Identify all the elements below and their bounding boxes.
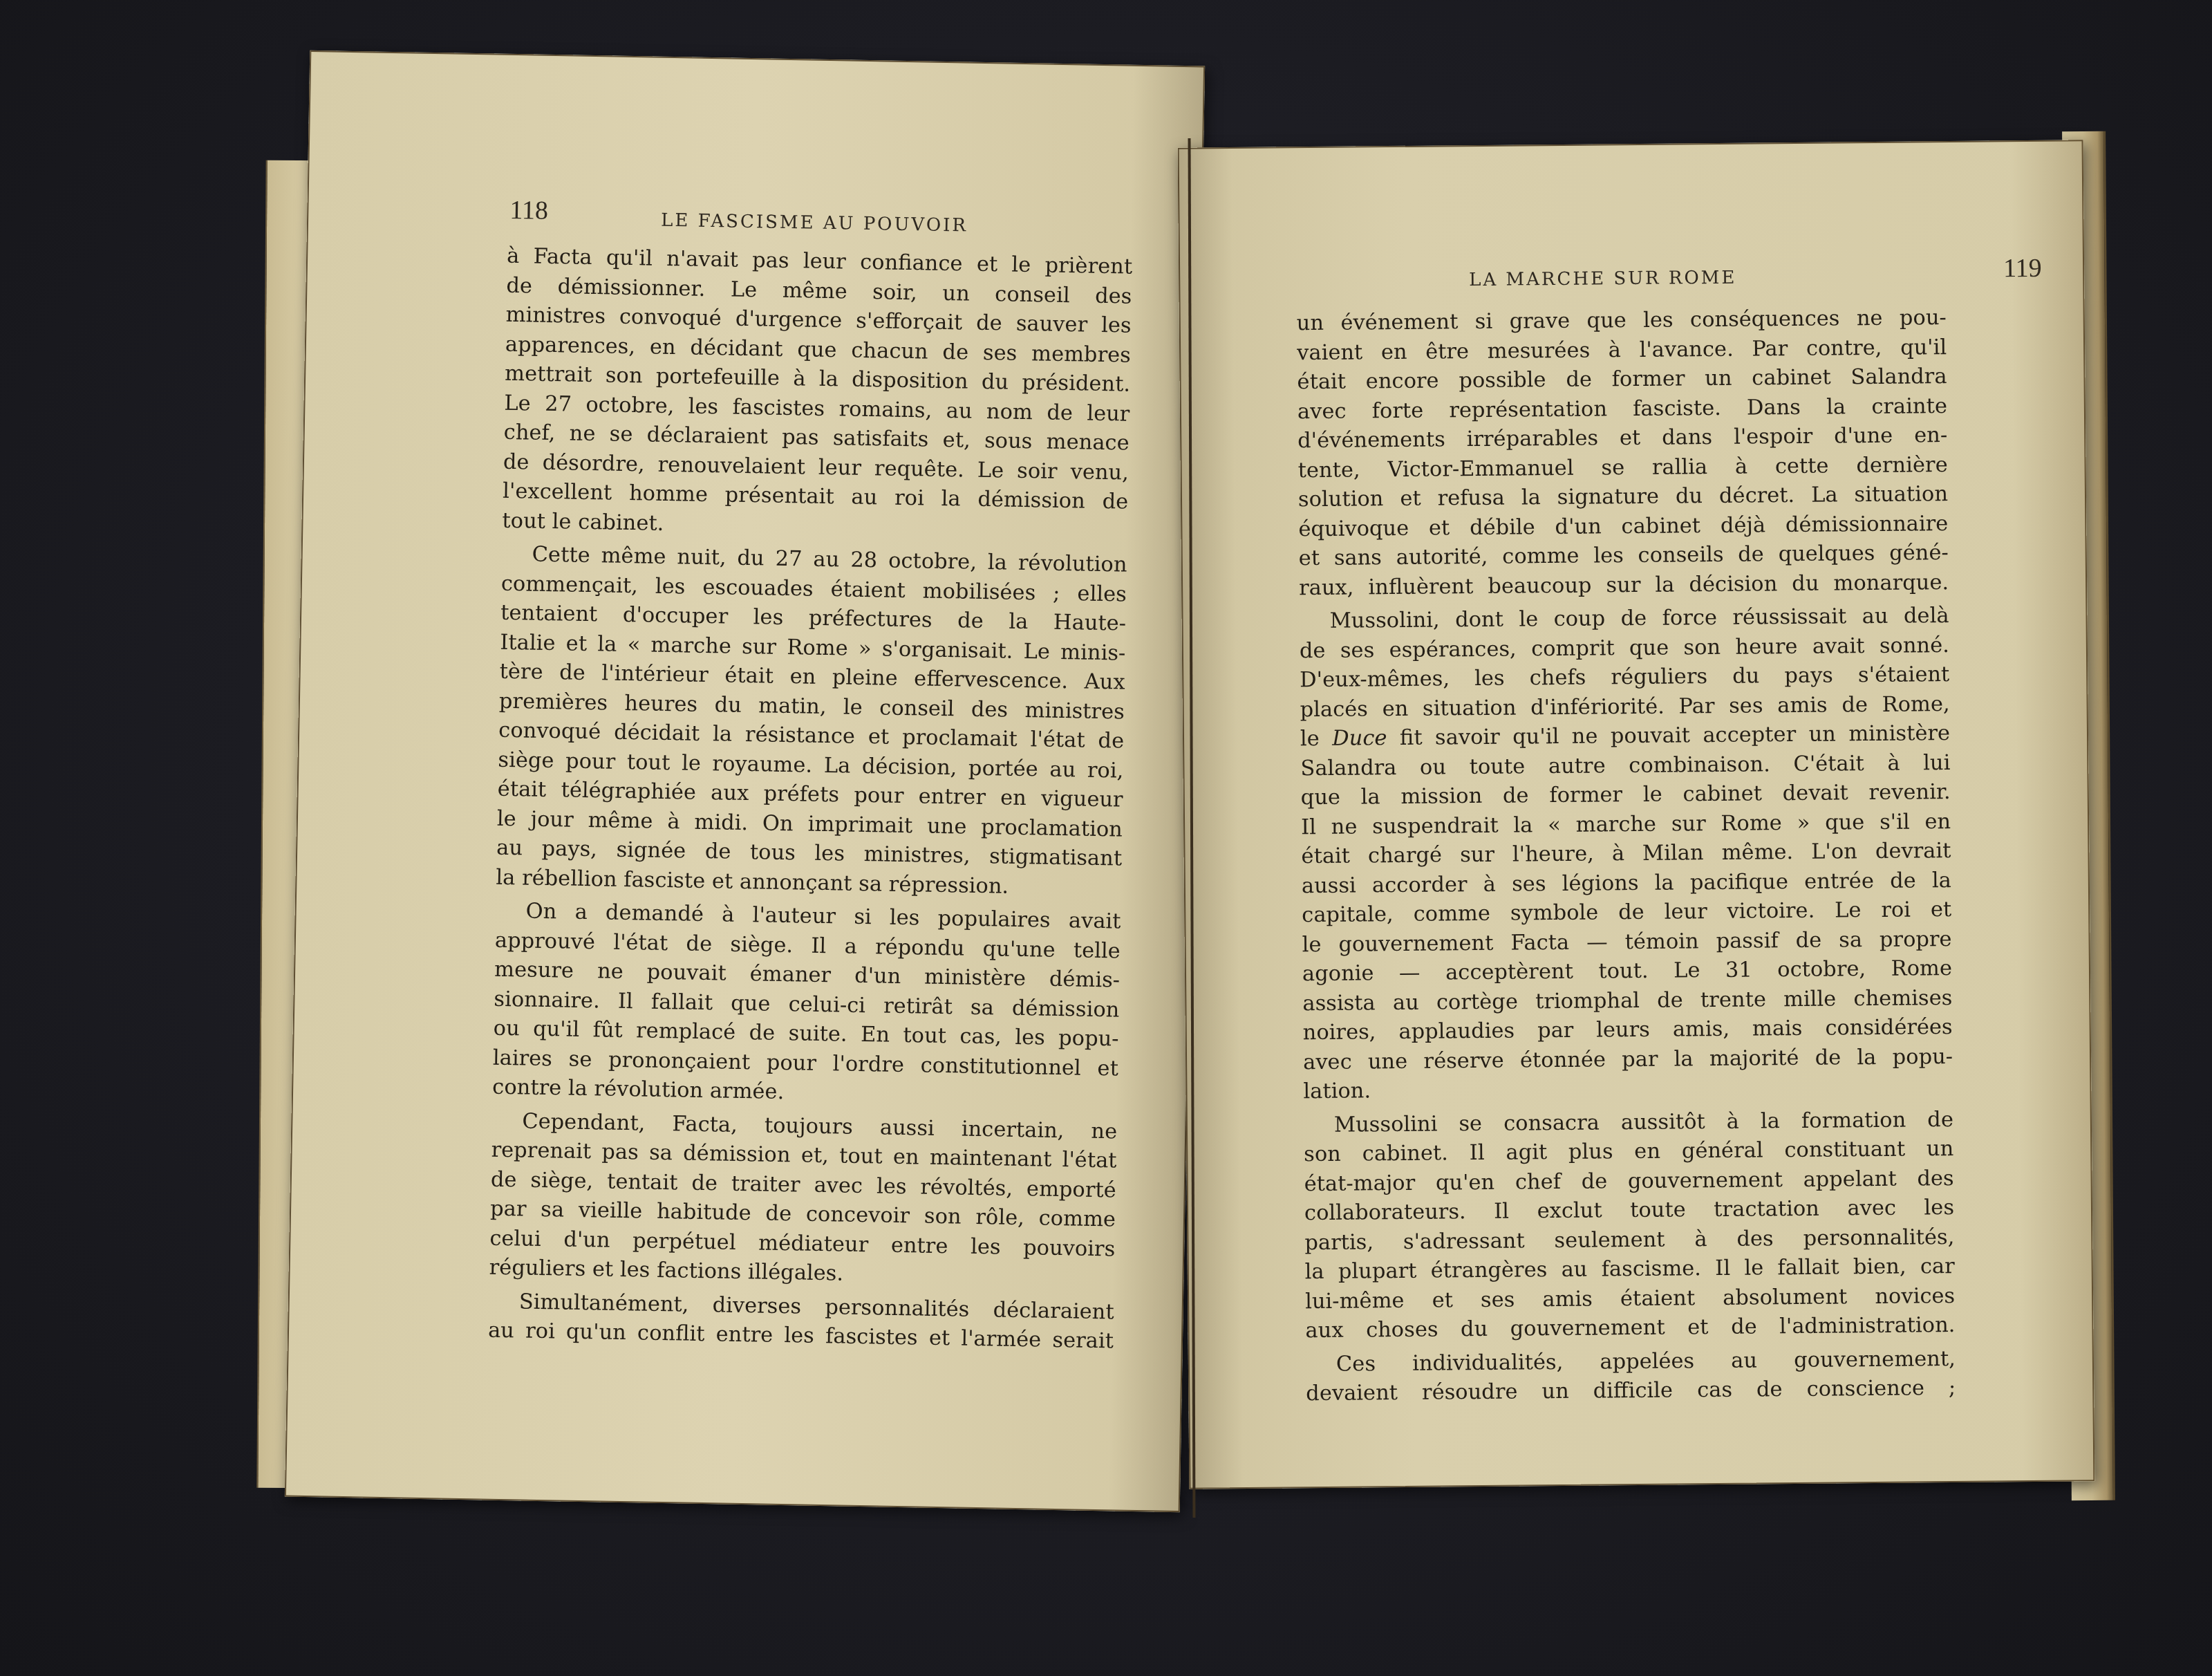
left-page-body-text: à Facta qu'il n'avait pas leur confiance… <box>488 242 1133 1357</box>
text-line: collaborateurs. Il exclut toute tractati… <box>1304 1193 1954 1229</box>
text-line: D'eux-mêmes, les chefs réguliers du pays… <box>1300 660 1949 696</box>
text-line: son cabinet. Il agit plus en général con… <box>1304 1135 1953 1170</box>
text-line: la plupart étrangères au fascisme. Il le… <box>1305 1252 1955 1287</box>
text-line: agonie — acceptèrent tout. Le 31 octobre… <box>1302 954 1952 989</box>
text-line: un événement si grave que les conséquenc… <box>1297 304 1947 339</box>
text-line: noires, applaudies par leurs amis, mais … <box>1303 1013 1953 1048</box>
text-line: raux, influèrent beaucoup sur la décisio… <box>1299 568 1949 604</box>
italic-word: Duce <box>1332 726 1387 751</box>
text-line: d'événements irréparables et dans l'espo… <box>1297 421 1947 456</box>
page-number-left: 118 <box>509 195 548 226</box>
running-head-right: LA MARCHE SUR ROME <box>1469 268 1736 290</box>
text-line: aux choses du gouvernement et de l'admin… <box>1305 1311 1955 1346</box>
text-line: que la mission de former le cabinet deva… <box>1301 778 1951 813</box>
right-page-body-text: un événement si grave que les conséquenc… <box>1297 304 1956 1409</box>
text-line: était chargé sur l'heure, à Milan même. … <box>1301 837 1951 872</box>
page-number-right: 119 <box>2003 253 2042 283</box>
text-line: avec une réserve étonnée par la majorité… <box>1303 1043 1953 1078</box>
left-page: 118 LE FASCISME AU POUVOIR à Facta qu'il… <box>285 50 1205 1512</box>
text-line: solution et refusa la signature du décre… <box>1298 480 1948 515</box>
text-line: le Duce fit savoir qu'il ne pouvait acce… <box>1300 719 1950 754</box>
text-line: Mussolini, dont le coup de force réussis… <box>1299 602 1949 637</box>
running-head-left: LE FASCISME AU POUVOIR <box>661 210 968 236</box>
text-line: était encore possible de former un cabin… <box>1297 362 1947 398</box>
right-page: LA MARCHE SUR ROME 119 un événement si g… <box>1178 140 2095 1489</box>
text-line: devaient résoudre un difficile cas de co… <box>1306 1374 1956 1409</box>
text-line: capitale, comme symbole de leur victoire… <box>1302 895 1951 931</box>
text-line: et sans autorité, comme les conseils de … <box>1299 539 1949 574</box>
